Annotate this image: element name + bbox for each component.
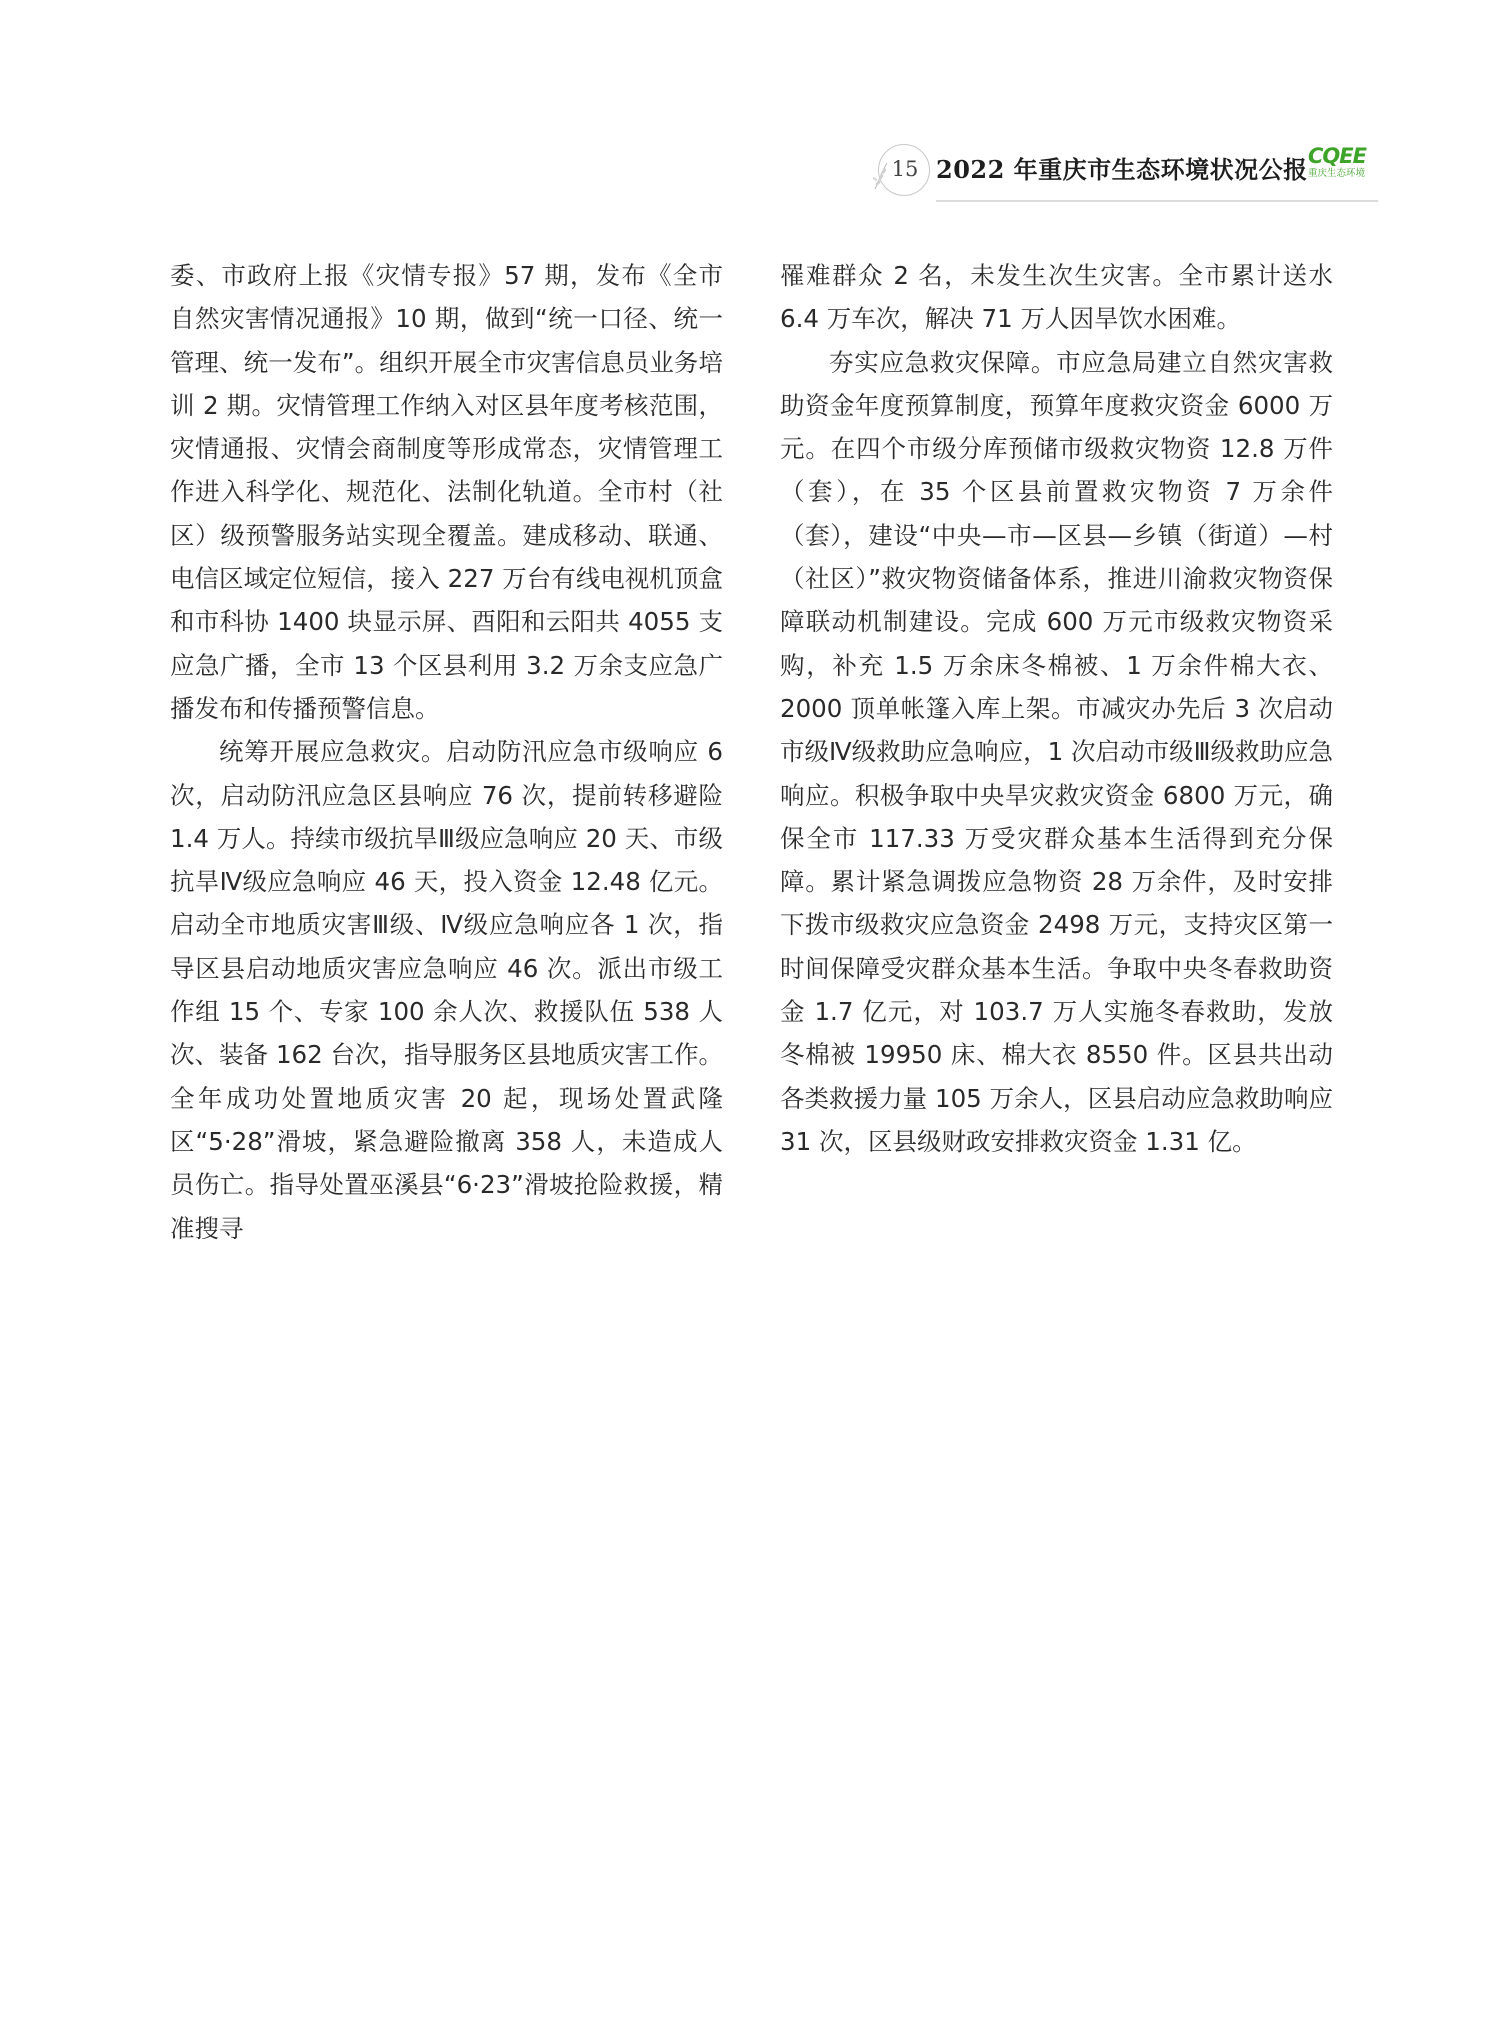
paragraph: 夯实应急救灾保障。市应急局建立自然灾害救助资金年度预算制度，预算年度救灾资金 6… xyxy=(780,341,1333,1164)
page-number-badge: 15 xyxy=(878,144,930,196)
left-text-column: 委、市政府上报《灾情专报》57 期，发布《全市自然灾害情况通报》10 期，做到“… xyxy=(170,254,723,1250)
logo-mark: CQEE xyxy=(1308,146,1378,166)
logo-subtitle: 重庆生态环境 xyxy=(1308,168,1378,180)
header-divider xyxy=(936,200,1378,202)
report-title: 2022 年重庆市生态环境状况公报 xyxy=(936,150,1308,185)
paragraph: 罹难群众 2 名，未发生次生灾害。全市累计送水 6.4 万车次，解决 71 万人… xyxy=(780,254,1333,341)
cqee-logo: CQEE 重庆生态环境 xyxy=(1308,146,1378,186)
paragraph: 统筹开展应急救灾。启动防汛应急市级响应 6 次，启动防汛应急区县响应 76 次，… xyxy=(170,730,723,1250)
page-header: 15 2022 年重庆市生态环境状况公报 CQEE 重庆生态环境 xyxy=(870,140,1378,210)
page-number: 15 xyxy=(879,157,931,181)
right-text-column: 罹难群众 2 名，未发生次生灾害。全市累计送水 6.4 万车次，解决 71 万人… xyxy=(780,254,1333,1163)
paragraph: 委、市政府上报《灾情专报》57 期，发布《全市自然灾害情况通报》10 期，做到“… xyxy=(170,254,723,730)
